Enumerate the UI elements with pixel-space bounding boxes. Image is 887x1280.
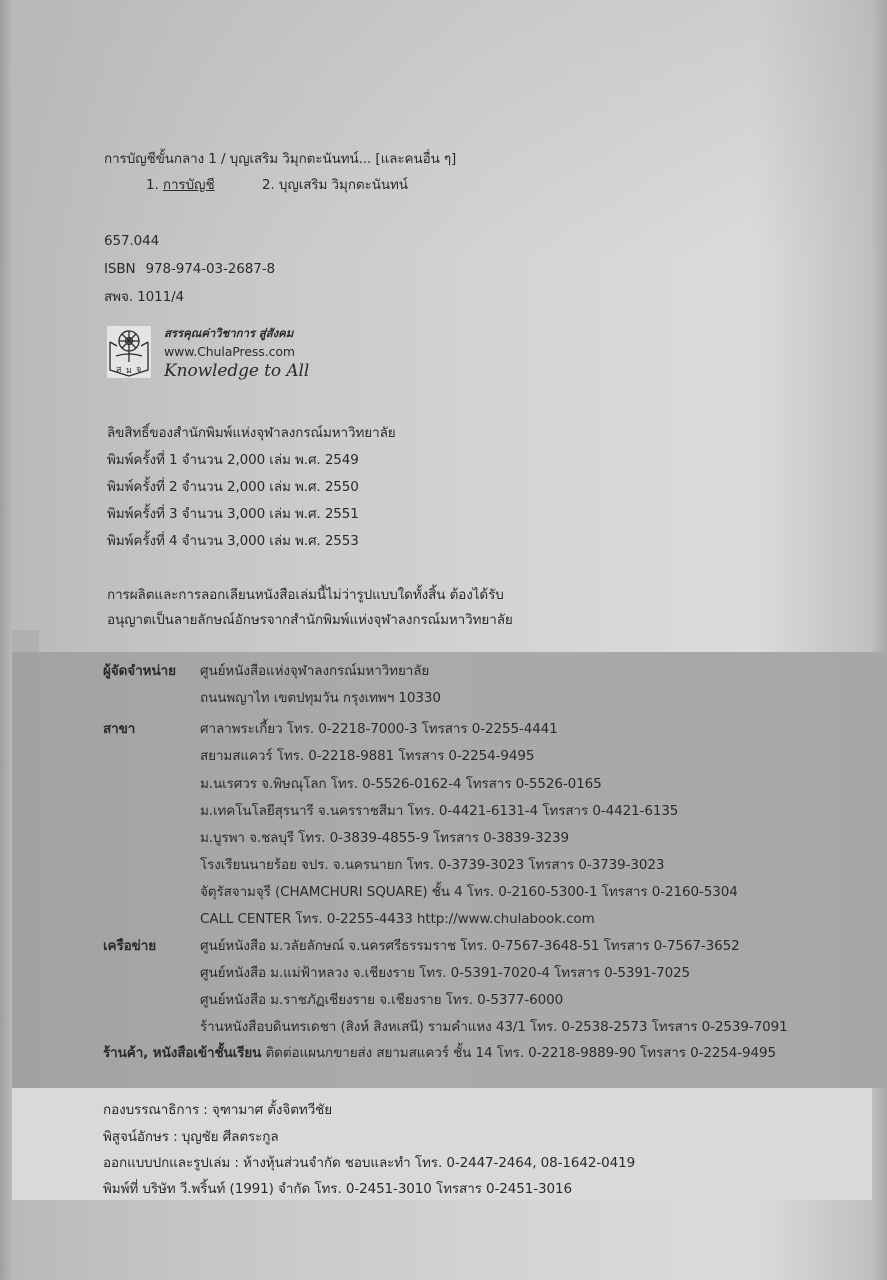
page-shade [0, 0, 887, 650]
printing-line: พิมพ์ครั้งที่ 3 จำนวน 3,000 เล่ม พ.ศ. 25… [107, 508, 359, 522]
publisher-motto: Knowledge to All [164, 363, 309, 380]
network-line: ศูนย์หนังสือ ม.ราชภัฏเชียงราย จ.เชียงราย… [200, 994, 563, 1008]
branch-line: ม.เทคโนโลยีสุรนารี จ.นครราชสีมา โทร. 0-4… [200, 805, 678, 819]
catalog-title-line: การบัญชีขั้นกลาง 1 / บุญเสริม วิมุกตะนัน… [104, 153, 456, 167]
printing-line: พิมพ์ครั้งที่ 4 จำนวน 3,000 เล่ม พ.ศ. 25… [107, 535, 359, 549]
catalog-subject-2: 2. บุญเสริม วิมุกตะนันทน์ [262, 179, 408, 193]
page-right-edge [871, 0, 887, 1280]
network-label: เครือข่าย [103, 940, 156, 954]
credit-line: พิมพ์ที่ บริษัท วี.พริ้นท์ (1991) จำกัด … [103, 1183, 572, 1197]
network-line: ศูนย์หนังสือ ม.วลัยลักษณ์ จ.นครศรีธรรมรา… [200, 940, 740, 954]
wholesale-line: ร้านค้า, หนังสือเข้าชั้นเรียน ติดต่อแผนก… [103, 1047, 776, 1061]
distributor-label: ผู้จัดจำหน่าย [103, 665, 176, 679]
printing-line: พิมพ์ครั้งที่ 2 จำนวน 2,000 เล่ม พ.ศ. 25… [107, 481, 359, 495]
branch-line: ศาลาพระเกี้ยว โทร. 0-2218-7000-3 โทรสาร … [200, 723, 558, 737]
isbn-label: ISBN [104, 261, 136, 277]
subject-1-text: การบัญชี [163, 177, 215, 193]
credit-line: กองบรรณาธิการ : จุฑามาศ ตั้งจิตทวีชัย [103, 1104, 332, 1118]
network-line: ศูนย์หนังสือ ม.แม่ฟ้าหลวง จ.เชียงราย โทร… [200, 967, 690, 981]
credit-line: ออกแบบปกและรูปเล่ม : ห้างหุ้นส่วนจำกัด ช… [103, 1157, 635, 1171]
branch-line: โรงเรียนนายร้อย จปร. จ.นครนายก โทร. 0-37… [200, 859, 664, 873]
call-center-line: CALL CENTER โทร. 0-2255-4433 http://www.… [200, 913, 595, 927]
distributor-line: ศูนย์หนังสือแห่งจุฬาลงกรณ์มหาวิทยาลัย [200, 665, 429, 679]
svg-text:จ: จ [136, 365, 141, 375]
svg-text:ส: ส [116, 365, 122, 375]
branch-line: ม.นเรศวร จ.พิษณุโลก โทร. 0-5526-0162-4 โ… [200, 778, 602, 792]
wholesale-label: ร้านค้า, หนังสือเข้าชั้นเรียน [103, 1045, 261, 1061]
printing-line: พิมพ์ครั้งที่ 1 จำนวน 2,000 เล่ม พ.ศ. 25… [107, 454, 359, 468]
band-edge [12, 630, 39, 652]
chula-press-emblem-icon: ส ม จ [107, 326, 151, 378]
subject-1-number: 1. [146, 177, 163, 193]
call-number: สพจ. 1011/4 [104, 291, 184, 305]
publisher-tagline: สรรคุณค่าวิชาการ สู่สังคม [164, 328, 293, 340]
publisher-url[interactable]: www.ChulaPress.com [164, 346, 295, 359]
branches-label: สาขา [103, 723, 135, 737]
branch-line: จัตุรัสจามจุรี (CHAMCHURI SQUARE) ชั้น 4… [200, 886, 738, 900]
catalog-subject-1: 1. การบัญชี [146, 179, 215, 193]
svg-text:ม: ม [126, 366, 132, 376]
page-left-edge [0, 0, 12, 1280]
isbn: ISBN978-974-03-2687-8 [104, 263, 275, 277]
classification-number: 657.044 [104, 235, 159, 249]
reproduction-notice-line: อนุญาตเป็นลายลักษณ์อักษรจากสำนักพิมพ์แห่… [107, 614, 513, 628]
reproduction-notice-line: การผลิตและการลอกเลียนหนังสือเล่มนี้ไม่ว่… [107, 589, 504, 603]
branch-line: สยามสแควร์ โทร. 0-2218-9881 โทรสาร 0-225… [200, 750, 534, 764]
network-line: ร้านหนังสือบดินทรเดชา (สิงห์ สิงหเสนี) ร… [200, 1021, 788, 1035]
copyright-line: ลิขสิทธิ์ของสำนักพิมพ์แห่งจุฬาลงกรณ์มหาว… [107, 427, 396, 441]
isbn-value: 978-974-03-2687-8 [146, 261, 275, 277]
credit-line: พิสูจน์อักษร : บุญชัย ศีลตระกูล [103, 1131, 279, 1145]
wholesale-value: ติดต่อแผนกขายส่ง สยามสแควร์ ชั้น 14 โทร.… [266, 1045, 777, 1061]
branch-line: ม.บูรพา จ.ชลบุรี โทร. 0-3839-4855-9 โทรส… [200, 832, 569, 846]
distributor-line: ถนนพญาไท เขตปทุมวัน กรุงเทพฯ 10330 [200, 692, 441, 706]
